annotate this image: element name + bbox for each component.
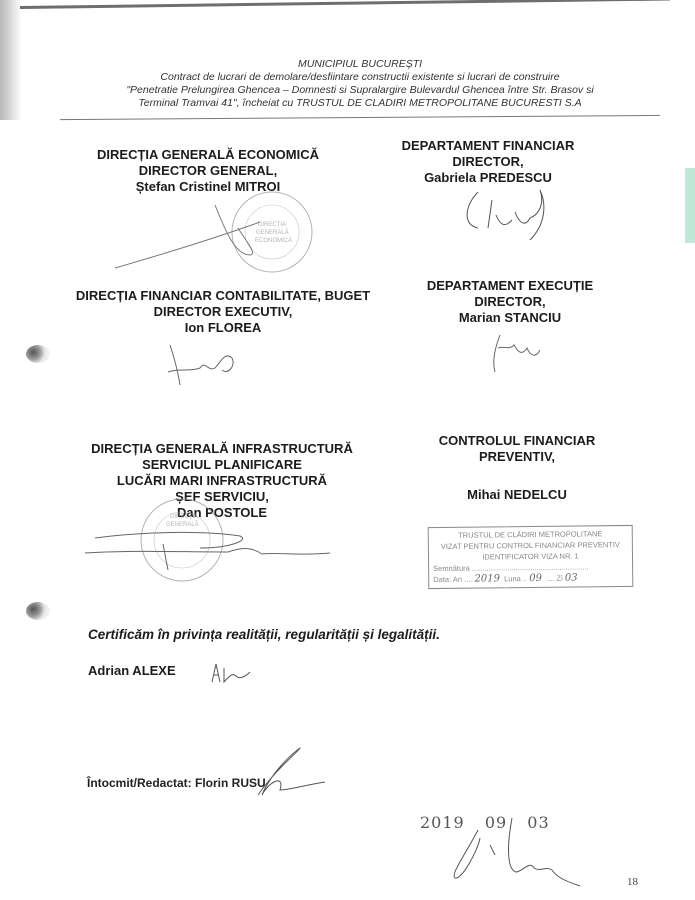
signatory-name: Dan POSTOLE	[72, 505, 372, 521]
date-year: 2019	[420, 813, 465, 832]
date-month: 09	[485, 813, 507, 832]
department: DEPARTAMENT EXECUȚIE	[410, 278, 610, 294]
stamp-month: 09	[529, 573, 542, 584]
stamp-day: 03	[565, 573, 578, 584]
signatory-name: Marian STANCIU	[410, 310, 610, 326]
scan-shadow	[0, 0, 22, 120]
signatory-name: Mihai NEDELCU	[412, 487, 622, 503]
signature-postole	[85, 532, 330, 570]
certification-statement: Certificăm în privința realității, regul…	[88, 627, 440, 642]
department: DEPARTAMENT FINANCIAR	[388, 138, 588, 154]
document-page: MUNICIPIUL BUCUREȘTI Contract de lucrari…	[0, 0, 695, 900]
contract-line: Terminal Tramvai 41", încheiat cu TRUSTU…	[80, 97, 640, 110]
signature-block-execution: DEPARTAMENT EXECUȚIE DIRECTOR, Marian ST…	[410, 278, 610, 326]
svg-text:GENERALĂ: GENERALĂ	[256, 229, 289, 236]
signature-block-infrastructure: DIRECȚIA GENERALĂ INFRASTRUCTURĂ SERVICI…	[72, 441, 372, 521]
stamp-year: 2019	[474, 573, 500, 584]
contract-line: Contract de lucrari de demolare/desfiint…	[80, 71, 640, 84]
sub-department: LUCĂRI MARI INFRASTRUCTURĂ	[72, 473, 372, 489]
scan-top-edge	[20, 0, 670, 9]
department: DIRECȚIA GENERALĂ INFRASTRUCTURĂ	[72, 441, 372, 457]
certifier-name: Adrian ALEXE	[88, 663, 176, 678]
contract-line: "Penetratie Prelungirea Ghencea – Domnes…	[80, 84, 640, 97]
signature-stanciu	[494, 335, 540, 372]
punch-hole	[26, 602, 50, 620]
department: DIRECȚIA GENERALĂ ECONOMICĂ	[58, 147, 358, 163]
stamp-label: Semnătura	[433, 564, 470, 573]
signature-mitroi	[115, 205, 260, 268]
position-title: DIRECTOR EXECUTIV,	[58, 304, 388, 320]
signature-block-accounting: DIRECȚIA FINANCIAR CONTABILITATE, BUGET …	[58, 288, 388, 336]
stamp-label: Zi	[556, 574, 562, 583]
position-title: DIRECTOR,	[410, 294, 610, 310]
department: DIRECȚIA FINANCIAR CONTABILITATE, BUGET	[58, 288, 388, 304]
position-title: DIRECTOR,	[388, 154, 588, 170]
prepared-by: Întocmit/Redactat: Florin RUSU	[87, 776, 266, 790]
round-stamp-economic: DIRECȚIA GENERALĂ ECONOMICĂ	[232, 192, 312, 272]
position-title: DIRECTOR GENERAL,	[58, 163, 358, 179]
signatory-name: Gabriela PREDESCU	[388, 170, 588, 186]
document-header: MUNICIPIUL BUCUREȘTI Contract de lucrari…	[80, 58, 640, 110]
signature-florea	[168, 345, 233, 385]
date-day: 03	[527, 813, 549, 832]
header-divider	[60, 115, 660, 120]
department: CONTROLUL FINANCIAR	[412, 433, 622, 449]
signatory-name: Ștefan Cristinel MITROI	[58, 179, 358, 195]
svg-text:ECONOMICĂ: ECONOMICĂ	[255, 237, 292, 244]
sub-department: SERVICIUL PLANIFICARE	[72, 457, 372, 473]
stamp-label: Data: An	[433, 575, 462, 584]
signature-block-cfp: CONTROLUL FINANCIAR PREVENTIV, Mihai NED…	[412, 433, 622, 503]
cfp-visa-stamp: TRUSTUL DE CLĂDIRI METROPOLITANE VIZAT P…	[428, 525, 634, 589]
signature-rusu	[258, 748, 325, 795]
institution-name: MUNICIPIUL BUCUREȘTI	[80, 58, 640, 71]
position-title: ȘEF SERVICIU,	[72, 489, 372, 505]
signature-alexe	[212, 664, 250, 682]
svg-text:DIRECȚIA: DIRECȚIA	[258, 222, 286, 228]
signature-predescu	[467, 190, 544, 240]
stamp-label: Luna	[504, 574, 521, 583]
stamp-date-row: Data: An .... 2019 Luna .. 09 .... Zi 03	[429, 572, 632, 585]
punch-hole	[26, 345, 50, 363]
signature-block-financial-dept: DEPARTAMENT FINANCIAR DIRECTOR, Gabriela…	[388, 138, 588, 186]
position-title: PREVENTIV,	[412, 449, 622, 465]
page-number: 18	[627, 876, 638, 888]
handwritten-date: 2019 09 03	[420, 813, 550, 832]
page-tab-marker	[685, 168, 695, 243]
signature-block-economic: DIRECȚIA GENERALĂ ECONOMICĂ DIRECTOR GEN…	[58, 147, 358, 195]
svg-text:GENERALĂ: GENERALĂ	[166, 521, 199, 528]
signatory-name: Ion FLOREA	[58, 320, 388, 336]
